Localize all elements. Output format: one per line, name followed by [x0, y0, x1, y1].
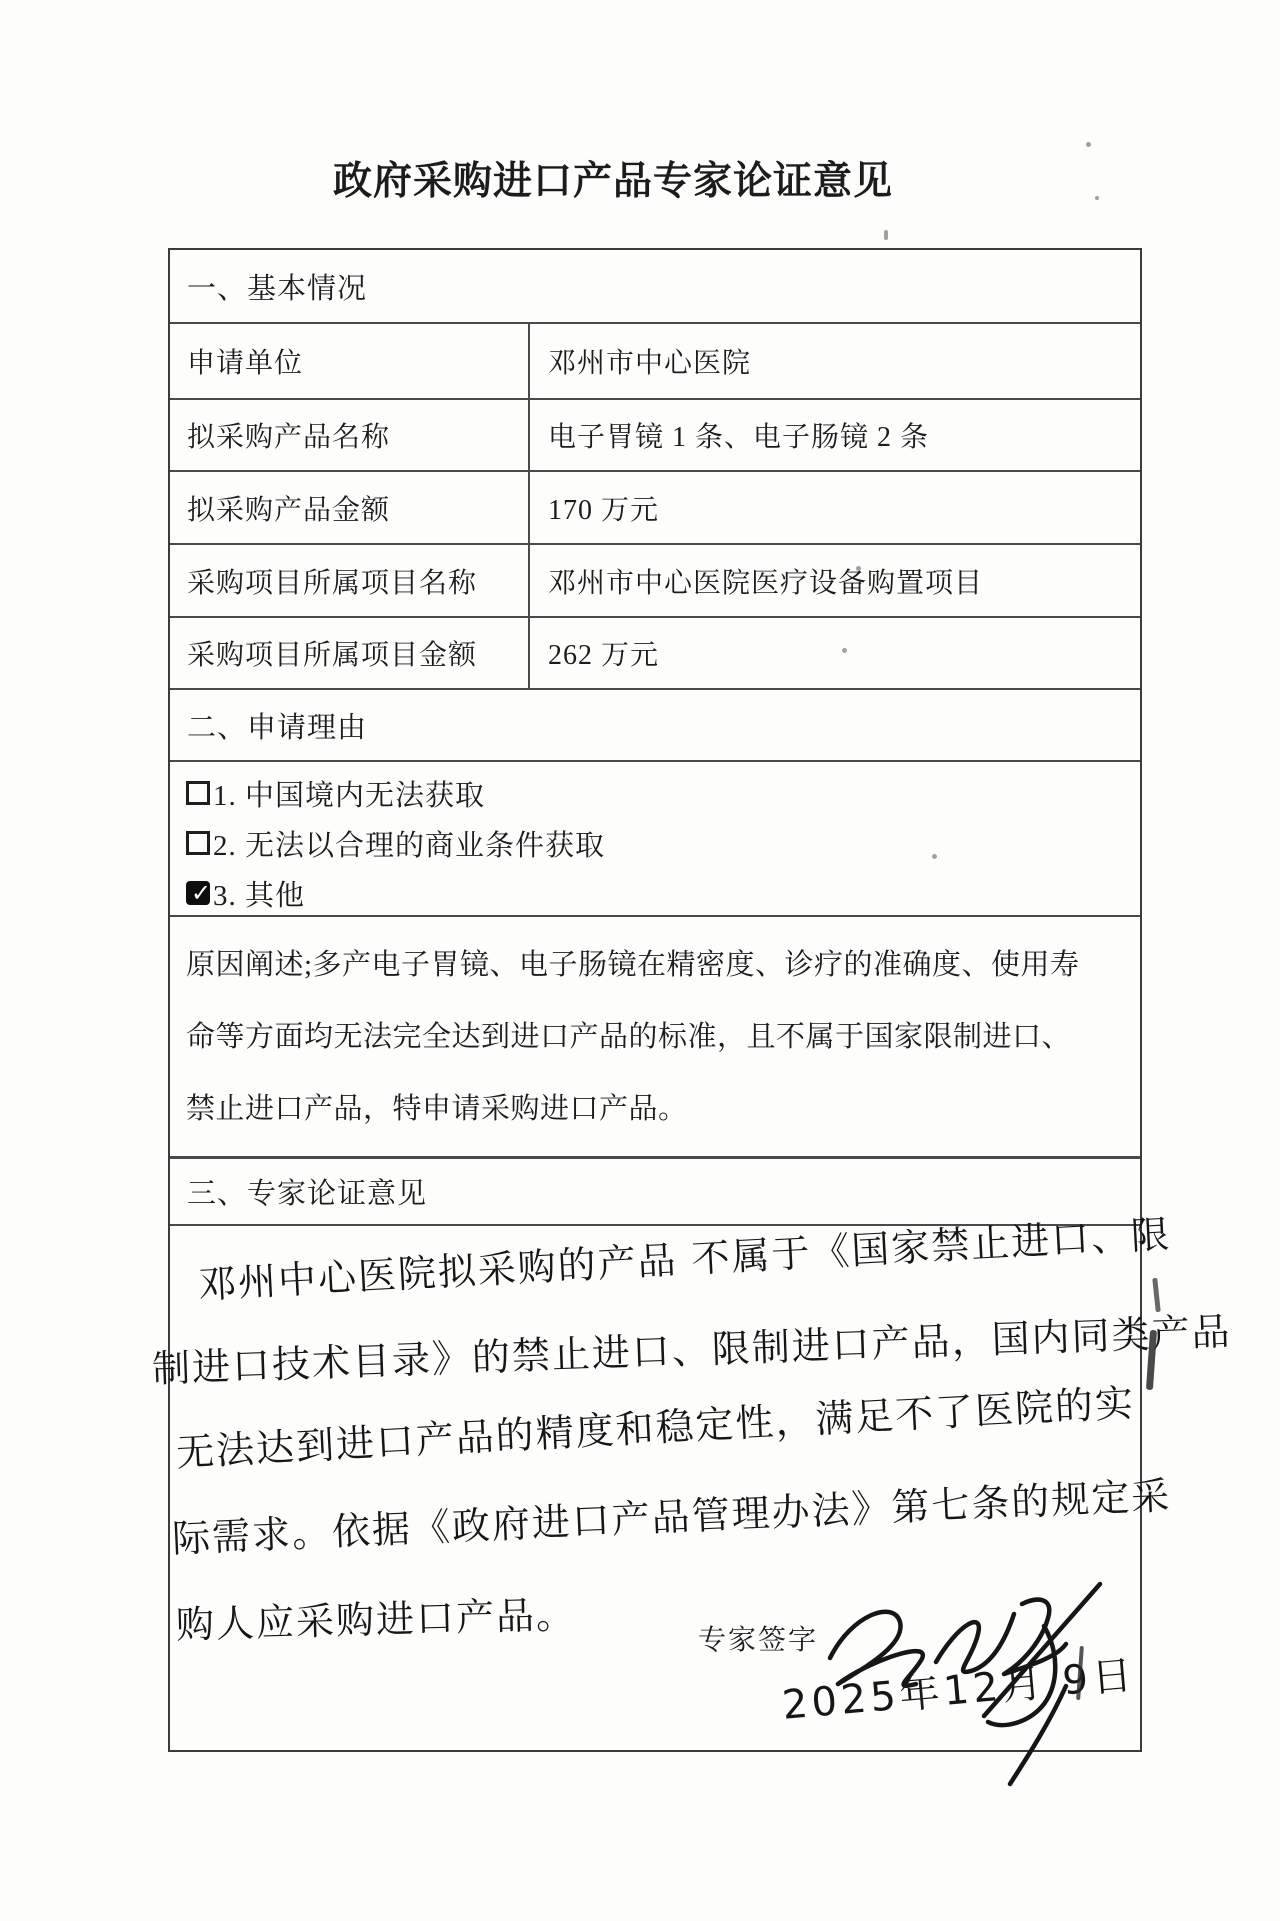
reason-option-3-label: 3. 其他 — [213, 873, 305, 914]
reason-statement-line: 命等方面均无法完全达到进口产品的标准，且不属于国家限制进口、 — [186, 1001, 1140, 1073]
scan-artifact — [1086, 142, 1091, 147]
table-row: 采购项目所属项目金额 262 万元 — [170, 618, 1140, 690]
reason-statement-line: 原因阐述;多产电子胃镜、电子肠镜在精密度、诊疗的准确度、使用寿 — [186, 929, 1140, 1001]
scan-artifact — [842, 648, 847, 653]
row-value-product-amount: 170 万元 — [530, 472, 1140, 543]
row-label-project-name: 采购项目所属项目名称 — [170, 545, 530, 616]
table-row: 申请单位 邓州市中心医院 — [170, 324, 1140, 400]
handwritten-opinion-line: 购人应采购进口产品。 — [175, 1584, 576, 1649]
scan-artifact — [1062, 972, 1066, 976]
row-value-project-amount: 262 万元 — [530, 618, 1140, 688]
row-value-applicant: 邓州市中心医院 — [530, 324, 1140, 398]
scanned-document-page: { "document": { "title": "政府采购进口产品专家论证意见… — [0, 0, 1280, 1921]
reason-option-2: 2. 无法以合理的商业条件获取 — [186, 818, 1140, 868]
reason-statement-line: 禁止进口产品，特申请采购进口产品。 — [186, 1073, 1140, 1145]
expert-opinion-row: 邓州中心医院拟采购的产品 不属于《国家禁止进口、限 制进口技术目录》的禁止进口、… — [170, 1226, 1140, 1746]
section1-heading-row: 一、基本情况 — [170, 250, 1140, 324]
page-title: 政府采购进口产品专家论证意见 — [333, 150, 893, 206]
reason-statement-row: 原因阐述;多产电子胃镜、电子肠镜在精密度、诊疗的准确度、使用寿 命等方面均无法完… — [170, 917, 1140, 1159]
scan-artifact — [856, 566, 861, 571]
row-label-project-amount: 采购项目所属项目金额 — [170, 618, 530, 688]
reason-option-2-label: 2. 无法以合理的商业条件获取 — [213, 823, 605, 864]
row-label-product-name: 拟采购产品名称 — [170, 400, 530, 470]
reason-options-row: 1. 中国境内无法获取 2. 无法以合理的商业条件获取 3. 其他 — [170, 762, 1140, 917]
checkbox-unavailable-in-china — [186, 781, 210, 805]
handwritten-opinion-line: 际需求。依据《政府进口产品管理办法》第七条的规定采 — [171, 1464, 1172, 1563]
row-value-product-name: 电子胃镜 1 条、电子肠镜 2 条 — [530, 400, 1140, 470]
handwritten-opinion-line: 无法达到进口产品的精度和稳定性，满足不了医院的实 — [175, 1372, 1137, 1477]
table-row: 采购项目所属项目名称 邓州市中心医院医疗设备购置项目 — [170, 545, 1140, 618]
form-table: 一、基本情况 申请单位 邓州市中心医院 拟采购产品名称 电子胃镜 1 条、电子肠… — [168, 248, 1142, 1752]
section2-heading: 二、申请理由 — [170, 690, 1140, 760]
section2-heading-row: 二、申请理由 — [170, 690, 1140, 762]
section1-heading: 一、基本情况 — [170, 250, 1140, 322]
scan-artifact — [884, 230, 888, 240]
row-value-project-name: 邓州市中心医院医疗设备购置项目 — [530, 545, 1140, 616]
reason-option-3: 3. 其他 — [186, 868, 1140, 918]
table-row: 拟采购产品名称 电子胃镜 1 条、电子肠镜 2 条 — [170, 400, 1140, 472]
checkbox-no-reasonable-terms — [186, 831, 210, 855]
scan-artifact — [932, 854, 937, 859]
table-row: 拟采购产品金额 170 万元 — [170, 472, 1140, 545]
scan-artifact — [1095, 196, 1099, 200]
reason-option-1-label: 1. 中国境内无法获取 — [213, 773, 485, 814]
reason-option-1: 1. 中国境内无法获取 — [186, 768, 1140, 818]
checkbox-other — [186, 881, 210, 905]
row-label-applicant: 申请单位 — [170, 324, 530, 398]
signature-label: 专家签字 — [698, 1618, 818, 1658]
row-label-product-amount: 拟采购产品金额 — [170, 472, 530, 543]
